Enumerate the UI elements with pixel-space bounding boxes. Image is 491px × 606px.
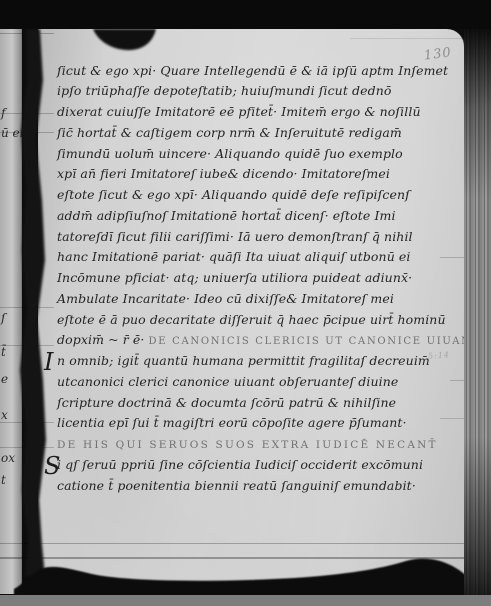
text-line: Si qſ ſeruū ppriū ſine cōſcientia Iudici…	[57, 457, 423, 472]
manuscript-page: 130 5:14 ſicut & ego xpi· Quare Intelleg…	[38, 29, 465, 590]
text-line: DE HIS QUI SERUOS SUOS EXTRA IUDICĒ NECA…	[57, 436, 438, 451]
facing-page-edge: fū eiſt̄exoxt	[0, 29, 22, 594]
line-text: Incōmune pficiat· atq; uniuerſa utiliora…	[57, 270, 412, 285]
line-text: n omnib; igit̄ quantū humana permittit f…	[57, 353, 430, 368]
line-text: eſtote ſicut & ego xpī· Aliquando quidē …	[57, 187, 410, 202]
line-text: i qſ ſeruū ppriū ſine cōſcientia Iudiciſ…	[57, 457, 423, 472]
text-line: In omnib; igit̄ quantū humana permittit …	[57, 353, 430, 368]
line-initial: I	[44, 348, 54, 376]
line-text: ſcripture doctrinā & documta ſcōrū patrū…	[57, 395, 396, 410]
photo-bottom-strip	[0, 595, 491, 606]
line-text: eſtote ē ā puo decaritate diſſeruit q̄ h…	[57, 312, 446, 327]
margin-fragment: f	[1, 106, 5, 120]
text-line: eſtote ē ā puo decaritate diſſeruit q̄ h…	[57, 312, 446, 327]
text-line: ſicut & ego xpi· Quare Intellegendū ē & …	[57, 63, 448, 78]
text-line: Incōmune pficiat· atq; uniuerſa utiliora…	[57, 270, 412, 285]
text-line: ipſo triūphaſſe depoteſtatib; huiuſmundi…	[57, 83, 392, 98]
line-text: ipſo triūphaſſe depoteſtatib; huiuſmundi…	[57, 83, 392, 98]
margin-fragment: ū ei	[1, 126, 23, 140]
line-text: licentia epī ſui t̄ magiſtri eorū cōpoſi…	[57, 415, 407, 430]
text-line: ſic̄ hortat̄ & caſtigem corp nrm̄ & Inſe…	[57, 125, 402, 140]
line-text: dixerat cuiuſſe Imitatorē eē pfitet̄· Im…	[57, 104, 421, 119]
line-text: dopxim̄ ~ r̄ ē·	[57, 332, 149, 347]
line-initial: S	[44, 452, 61, 480]
margin-fragment: t	[1, 473, 6, 487]
text-line: dopxim̄ ~ r̄ ē· DE CANONICIS CLERICIS UT…	[57, 332, 480, 347]
line-rubric: DE CANONICIS CLERICIS UT CANONICE UIUANT…	[149, 336, 480, 347]
line-text: hanc Imitationē pariat· quāſi Ita uiuat …	[57, 249, 411, 264]
line-text: tatoreſdī ſicut filii cariſſimi· Iā uero…	[57, 229, 413, 244]
manuscript-photo: fū eiſt̄exoxt 130 5:14 ſicut & ego xpi· …	[0, 0, 491, 606]
text-line: catione t̄ poenitentia biennii reatū ſan…	[57, 478, 416, 493]
margin-fragment: ox	[1, 451, 15, 465]
text-line: utcanonici clerici canonice uiuant obſer…	[57, 374, 398, 389]
text-line: dixerat cuiuſſe Imitatorē eē pfitet̄· Im…	[57, 104, 421, 119]
photo-top-border	[0, 0, 491, 29]
text-line: ſimundū uolum̄ uincere· Aliquando quidē …	[57, 146, 403, 161]
text-line: addm̄ adipſiuſnoſ Imitationē hortat̄ dic…	[57, 208, 396, 223]
line-text: addm̄ adipſiuſnoſ Imitationē hortat̄ dic…	[57, 208, 396, 223]
text-line: eſtote ſicut & ego xpī· Aliquando quidē …	[57, 187, 410, 202]
text-line: ſcripture doctrinā & documta ſcōrū patrū…	[57, 395, 396, 410]
line-text: ſimundū uolum̄ uincere· Aliquando quidē …	[57, 146, 403, 161]
margin-fragment: e	[1, 372, 8, 386]
line-text: xpī an̄ fieri Imitatoreſ iube& dicendo· …	[57, 166, 390, 181]
text-line: xpī an̄ fieri Imitatoreſ iube& dicendo· …	[57, 166, 390, 181]
text-line: tatoreſdī ſicut filii cariſſimi· Iā uero…	[57, 229, 413, 244]
line-rubric: DE HIS QUI SERUOS SUOS EXTRA IUDICĒ NECA…	[57, 439, 438, 451]
margin-fragment: t̄	[1, 345, 6, 359]
line-text: utcanonici clerici canonice uiuant obſer…	[57, 374, 398, 389]
text-line: hanc Imitationē pariat· quāſi Ita uiuat …	[57, 249, 411, 264]
text-block: ſicut & ego xpi· Quare Intellegendū ē & …	[38, 29, 464, 590]
line-text: catione t̄ poenitentia biennii reatū ſan…	[57, 478, 416, 493]
fore-edge-pages	[464, 29, 491, 595]
margin-fragment: ſ	[1, 311, 5, 325]
line-text: Ambulate Incaritate· Ideo cū dixiſſe& Im…	[57, 291, 394, 306]
line-text: ſicut & ego xpi· Quare Intellegendū ē & …	[57, 63, 448, 78]
line-text: ſic̄ hortat̄ & caſtigem corp nrm̄ & Inſe…	[57, 125, 402, 140]
margin-fragment: x	[1, 408, 8, 422]
text-line: licentia epī ſui t̄ magiſtri eorū cōpoſi…	[57, 415, 407, 430]
text-line: Ambulate Incaritate· Ideo cū dixiſſe& Im…	[57, 291, 394, 306]
